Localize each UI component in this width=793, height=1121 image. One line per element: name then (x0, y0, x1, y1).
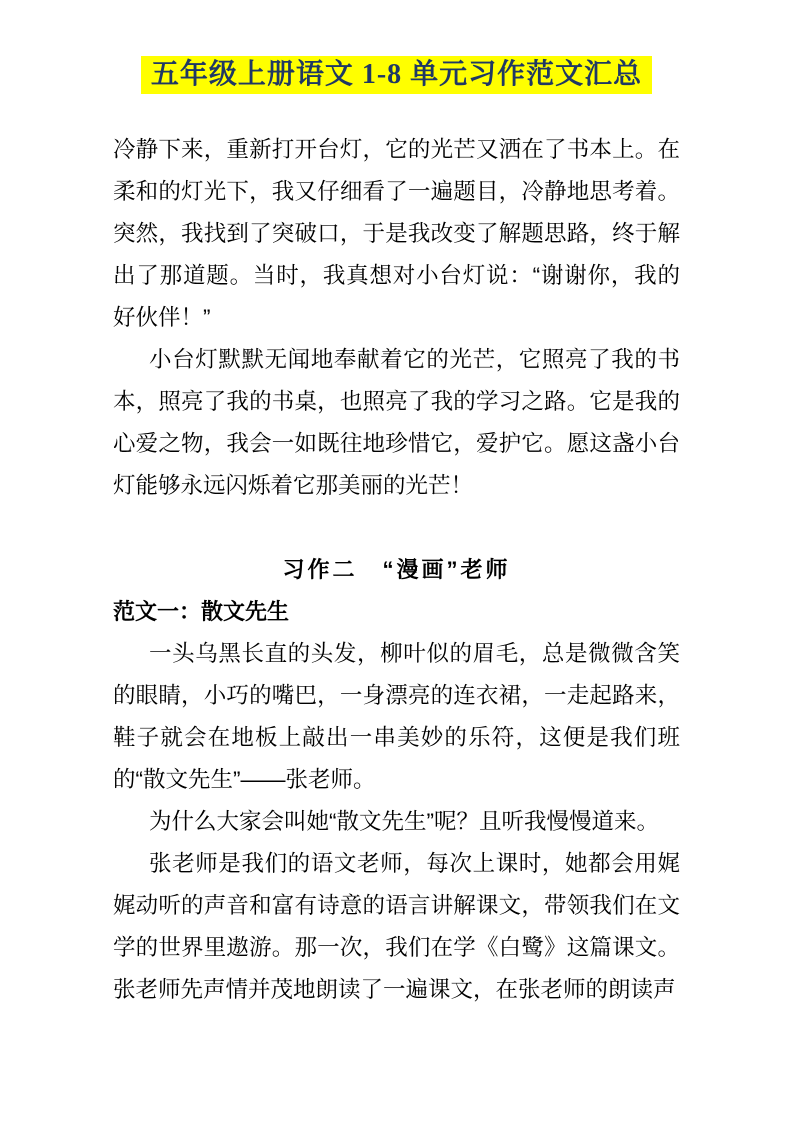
document-page: 五年级上册语文 1-8 单元习作范文汇总 冷静下来，重新打开台灯，它的光芒又洒在… (0, 0, 793, 1121)
document-title: 五年级上册语文 1-8 单元习作范文汇总 (141, 56, 652, 94)
paragraph-teacher-question: 为什么大家会叫她“散文先生”呢？且听我慢慢道来。 (113, 801, 680, 843)
paragraph-lamp-continued: 冷静下来，重新打开台灯，它的光芒又洒在了书本上。在柔和的灯光下，我又仔细看了一遍… (113, 129, 680, 339)
document-title-line: 五年级上册语文 1-8 单元习作范文汇总 (0, 0, 793, 98)
paragraph-teacher-appearance: 一头乌黑长直的头发，柳叶似的眉毛，总是微微含笑的眼睛，小巧的嘴巴，一身漂亮的连衣… (113, 633, 680, 801)
document-body: 冷静下来，重新打开台灯，它的光芒又洒在了书本上。在柔和的灯光下，我又仔细看了一遍… (113, 129, 680, 1011)
paragraph-teacher-class: 张老师是我们的语文老师，每次上课时，她都会用娓娓动听的声音和富有诗意的语言讲解课… (113, 843, 680, 1011)
essay-subheading: 范文一：散文先生 (113, 591, 680, 633)
paragraph-lamp-conclusion: 小台灯默默无闻地奉献着它的光芒，它照亮了我的书本，照亮了我的书桌，也照亮了我的学… (113, 339, 680, 507)
section-heading: 习作二 “漫画”老师 (113, 549, 680, 591)
